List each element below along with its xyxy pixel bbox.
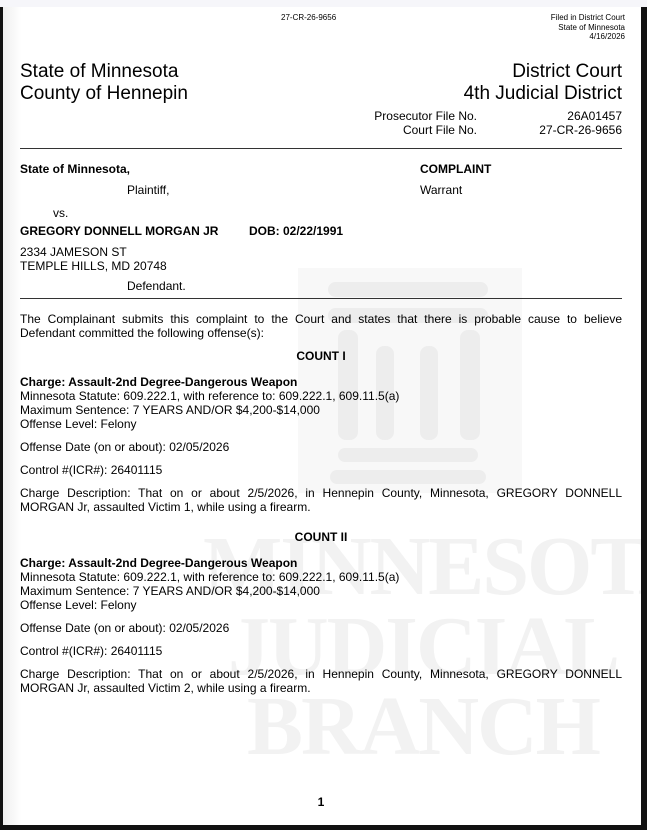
count-offense-date: Offense Date (on or about): 02/05/2026 bbox=[20, 440, 229, 454]
defendant-address-line1: 2334 JAMESON ST bbox=[20, 245, 127, 259]
courthouse-pillar-icon bbox=[298, 268, 522, 493]
plaintiff-name: State of Minnesota, bbox=[20, 162, 130, 176]
document-subtype: Warrant bbox=[420, 183, 462, 197]
defendant-address-line2: TEMPLE HILLS, MD 20748 bbox=[20, 259, 167, 273]
defendant-dob: DOB: 02/22/1991 bbox=[249, 224, 343, 238]
document-page: MINNESOTA JUDICIAL BRANCH 27-CR-26-9656 … bbox=[3, 7, 641, 825]
plaintiff-label: Plaintiff, bbox=[127, 183, 169, 197]
count-control-number: Control #(ICR#): 26401115 bbox=[20, 463, 162, 477]
stamp-filed-line1: Filed in District Court bbox=[551, 13, 625, 23]
count-control-number: Control #(ICR#): 26401115 bbox=[20, 644, 162, 658]
prosecutor-file-label: Prosecutor File No. bbox=[374, 109, 477, 123]
divider bbox=[20, 148, 622, 149]
count-charge: Charge: Assault-2nd Degree-Dangerous Wea… bbox=[20, 375, 297, 389]
count-offense-level: Offense Level: Felony bbox=[20, 598, 137, 612]
count-statute: Minnesota Statute: 609.222.1, with refer… bbox=[20, 389, 399, 403]
document-type: COMPLAINT bbox=[420, 162, 491, 176]
count-offense-level: Offense Level: Felony bbox=[20, 417, 137, 431]
watermark-line3: BRANCH bbox=[203, 685, 641, 769]
caption-county: County of Hennepin bbox=[20, 83, 188, 105]
count-statute: Minnesota Statute: 609.222.1, with refer… bbox=[20, 570, 399, 584]
complaint-intro: The Complainant submits this complaint t… bbox=[20, 312, 622, 340]
count-title: COUNT I bbox=[20, 349, 622, 363]
versus-label: vs. bbox=[53, 206, 68, 220]
count-max-sentence: Maximum Sentence: 7 YEARS AND/OR $4,200-… bbox=[20, 584, 320, 598]
caption-state: State of Minnesota bbox=[20, 61, 178, 83]
caption-court: District Court bbox=[512, 61, 622, 83]
count-description: Charge Description: That on or about 2/5… bbox=[20, 486, 622, 514]
count-offense-date: Offense Date (on or about): 02/05/2026 bbox=[20, 621, 229, 635]
defendant-name: GREGORY DONNELL MORGAN JR bbox=[20, 224, 218, 238]
stamp-filed-line2: State of Minnesota bbox=[551, 23, 625, 33]
court-file-label: Court File No. bbox=[403, 123, 477, 137]
stamp-case-number: 27-CR-26-9656 bbox=[281, 13, 336, 23]
stamp-filed-date: 4/16/2026 bbox=[551, 32, 625, 42]
count-charge: Charge: Assault-2nd Degree-Dangerous Wea… bbox=[20, 556, 297, 570]
defendant-label: Defendant. bbox=[127, 279, 186, 293]
count-description: Charge Description: That on or about 2/5… bbox=[20, 667, 622, 695]
count-title: COUNT II bbox=[20, 530, 622, 544]
prosecutor-file-value: 26A01457 bbox=[567, 109, 622, 123]
page-number: 1 bbox=[20, 795, 622, 809]
filing-stamp: Filed in District Court State of Minneso… bbox=[551, 13, 625, 42]
viewer-top-strip bbox=[0, 0, 647, 7]
count-max-sentence: Maximum Sentence: 7 YEARS AND/OR $4,200-… bbox=[20, 403, 320, 417]
court-file-value: 27-CR-26-9656 bbox=[539, 123, 622, 137]
caption-district: 4th Judicial District bbox=[464, 83, 622, 105]
divider bbox=[20, 298, 622, 299]
